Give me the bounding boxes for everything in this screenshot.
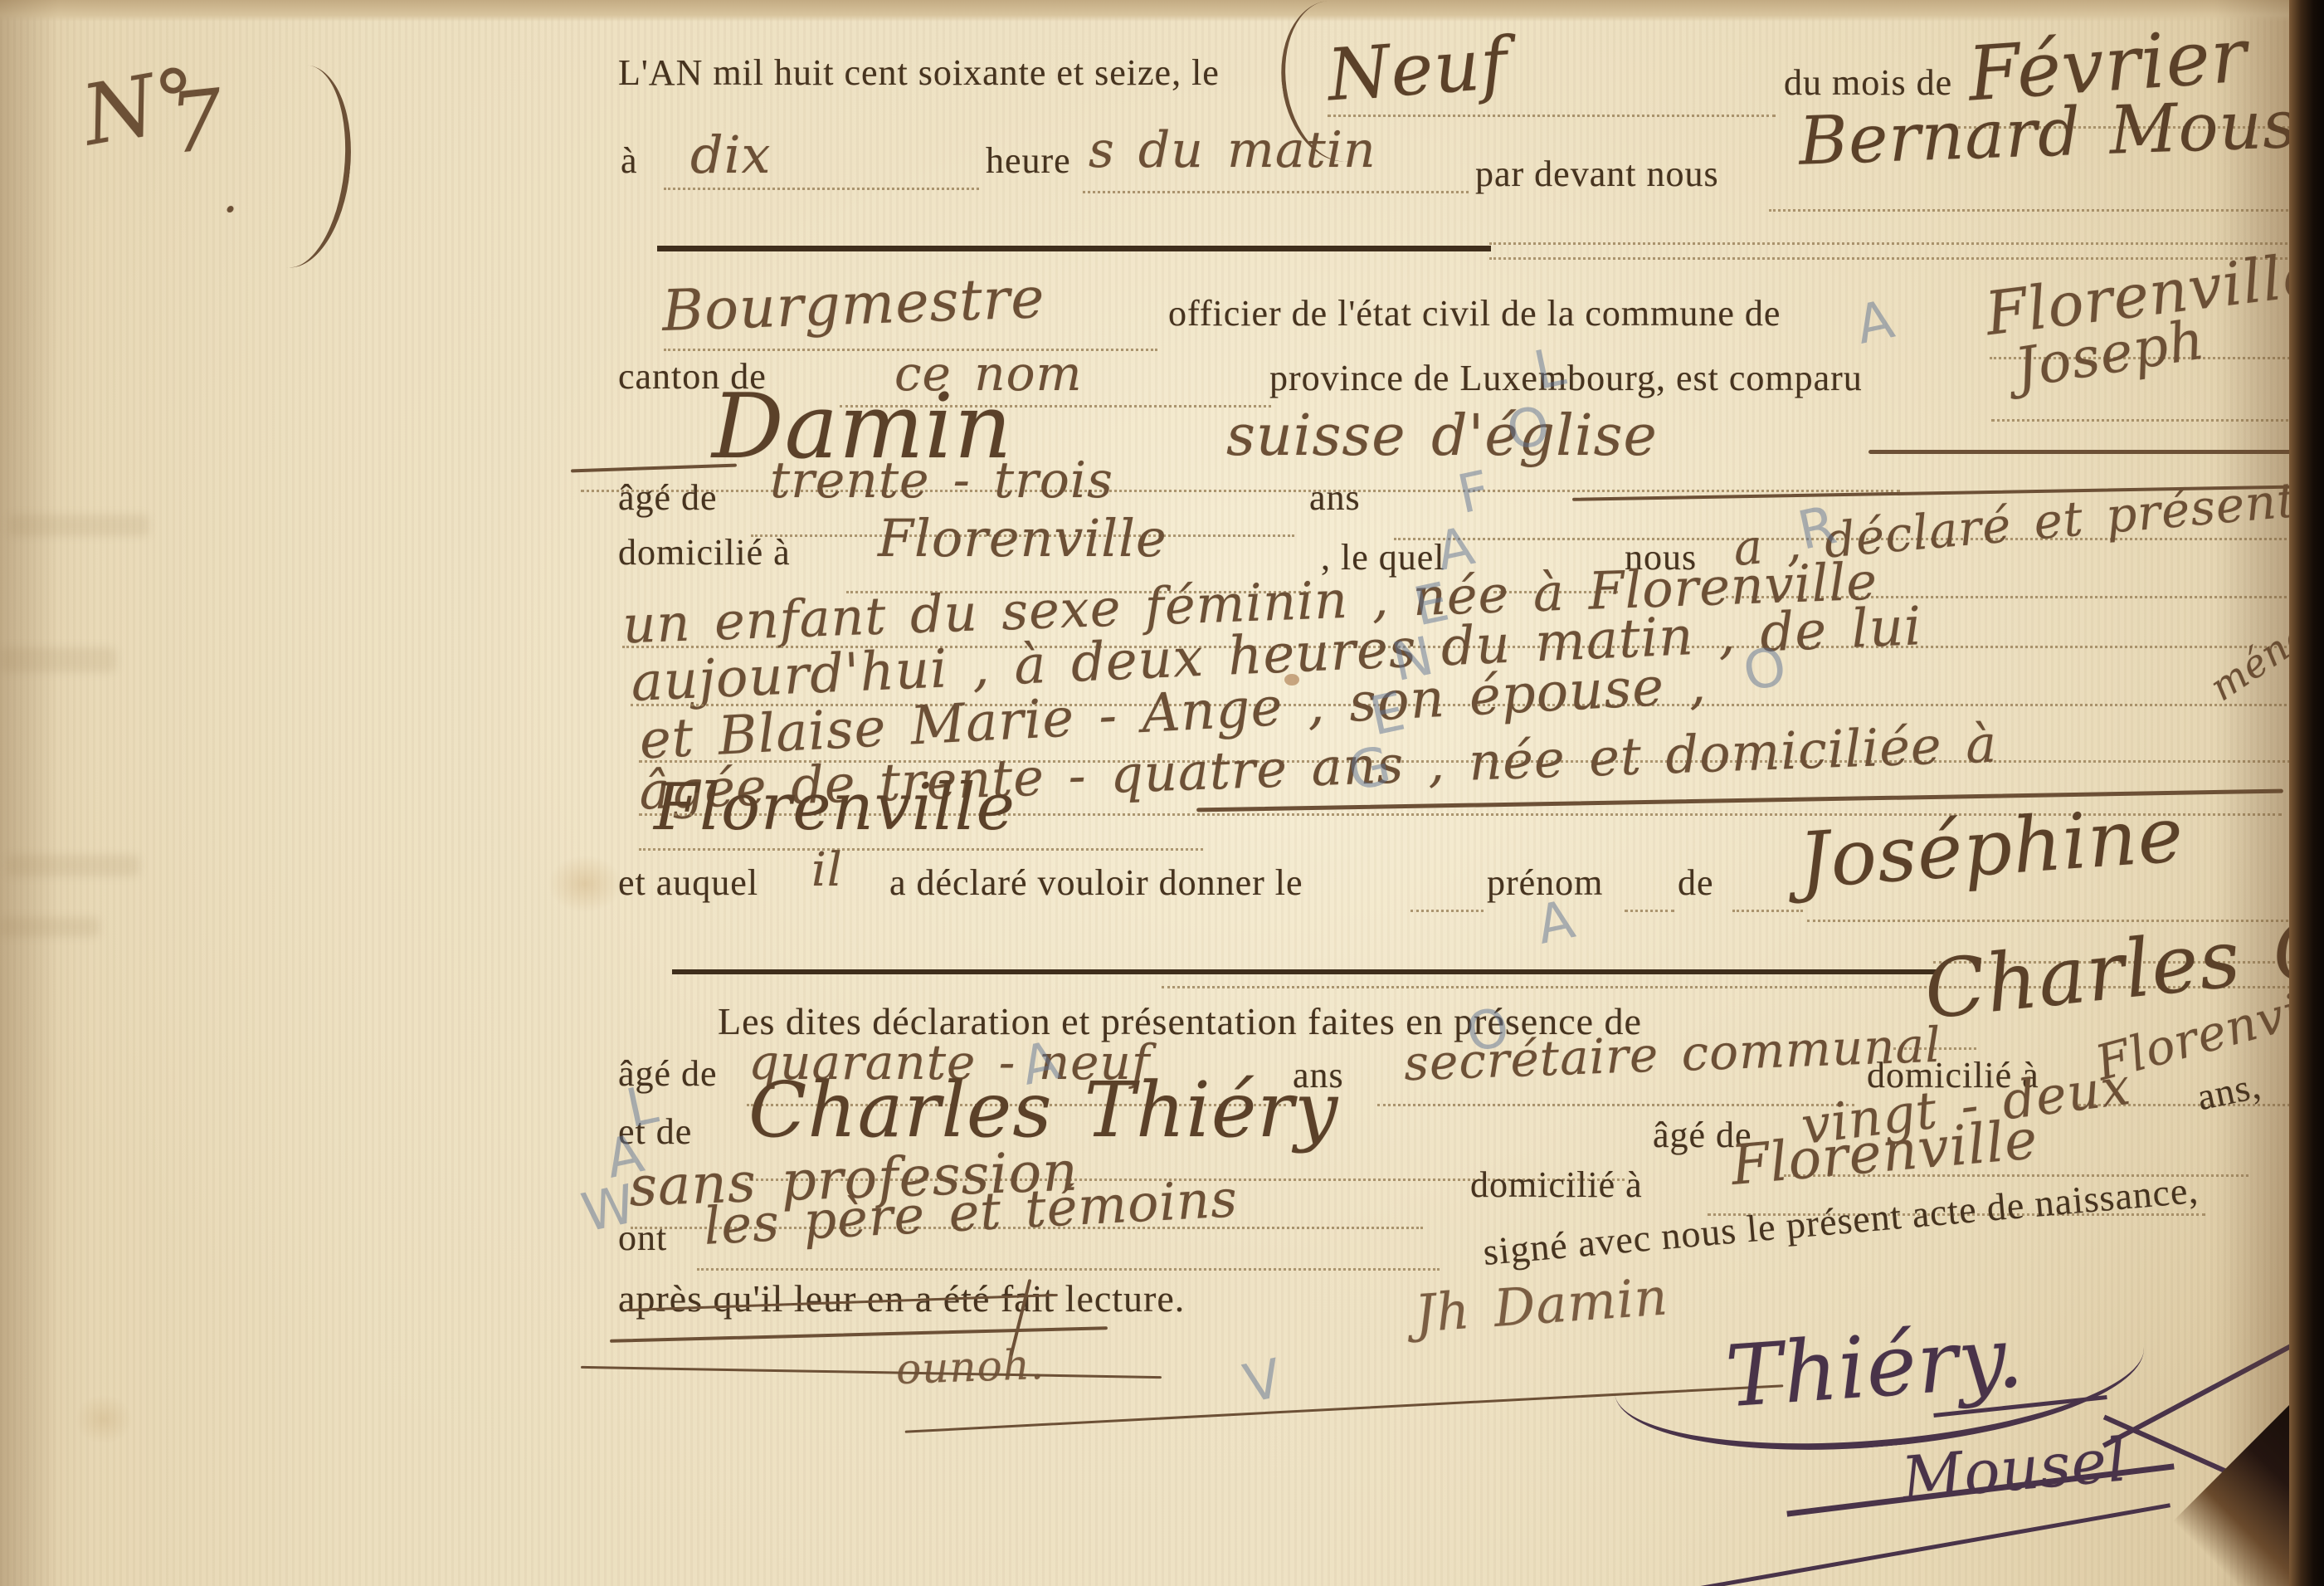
paper-stain <box>548 855 622 913</box>
signature-father: Jh Damin <box>1413 1266 1670 1344</box>
watermark-letter: V <box>1239 1348 1287 1415</box>
dotted-blank <box>639 848 1203 851</box>
handwritten-hour-suffix: s du matin <box>1089 121 1376 179</box>
signature-flourish <box>581 1366 1162 1379</box>
register-page-scan: N° 7 . L'AN mil huit cent soixante et se… <box>0 0 2324 1586</box>
dotted-blank <box>1328 115 1776 117</box>
printed-name-clause-b: a déclaré vouloir donner le <box>889 861 1303 904</box>
bleed-through-mark <box>0 647 116 672</box>
dotted-blank <box>664 188 979 190</box>
printed-hour-unit: heure <box>986 139 1071 182</box>
watermark-letter: F <box>1453 460 1495 526</box>
printed-name-clause-a: et auquel <box>618 861 758 904</box>
handwritten-officer-title: Bourgmestre <box>661 266 1046 344</box>
handwritten-declarant-age: trente - trois <box>770 451 1113 510</box>
dotted-blank <box>1625 910 1674 912</box>
margin-bracket-flourish <box>235 60 361 273</box>
printed-year-clause: L'AN mil huit cent soixante et seize, le <box>618 51 1220 94</box>
printed-province-clause: province de Luxembourg, est comparu <box>1269 357 1863 399</box>
handwritten-child-name: Joséphine <box>1796 790 2187 905</box>
printed-name-clause-d: de <box>1678 861 1714 904</box>
signature-paraph: ounoh. <box>895 1340 1045 1393</box>
handwritten-witness2-residence: Florenville <box>1728 1107 2040 1198</box>
printed-years-label: ans <box>1309 476 1361 519</box>
printed-age-label: âgé de <box>618 476 718 519</box>
printed-before-us: par devant nous <box>1475 153 1719 195</box>
page-curve-shadow <box>2214 0 2289 1586</box>
handwritten-declarant-occupation: suisse d'église <box>1226 403 1658 469</box>
printed-at-label: à <box>621 139 638 182</box>
signature-flourish <box>1692 1503 2171 1586</box>
dotted-blank <box>1732 910 1803 912</box>
bleed-through-mark <box>7 855 139 876</box>
printed-name-clause-c: prénom <box>1487 861 1603 904</box>
section-rule <box>672 969 1937 974</box>
dotted-blank <box>1083 191 1469 193</box>
watermark-letter: A <box>1851 289 1899 356</box>
bleed-through-mark <box>0 917 100 937</box>
dotted-rule <box>1489 242 2307 245</box>
printed-witness1-age-label: âgé de <box>618 1052 718 1095</box>
printed-residence-label: domicilié à <box>618 531 791 573</box>
page-top-edge <box>0 0 2324 22</box>
handwritten-declarant-residence: Florenville <box>878 508 1167 569</box>
handwritten-hour: dix <box>690 124 771 185</box>
dotted-blank <box>1377 1104 1854 1106</box>
printed-ont: ont <box>618 1217 667 1259</box>
dotted-blank <box>1410 910 1484 912</box>
margin-act-number-value: 7 <box>165 71 229 173</box>
handwritten-il: il <box>811 843 843 897</box>
section-rule <box>657 246 1491 251</box>
paper-stain <box>75 1394 133 1444</box>
bleed-through-mark <box>8 515 149 536</box>
page-left-shading <box>0 0 58 1586</box>
margin-act-number-dot: . <box>222 166 239 224</box>
dotted-blank <box>697 1268 1440 1271</box>
printed-and-of: et de <box>618 1110 692 1153</box>
printed-witness2-residence-label: domicilié à <box>1470 1164 1643 1206</box>
printed-officer-role: officier de l'état civil de la commune d… <box>1168 292 1781 334</box>
handwritten-mother-residence: Florenville <box>654 770 1016 845</box>
book-spine-edge <box>2289 0 2324 1586</box>
